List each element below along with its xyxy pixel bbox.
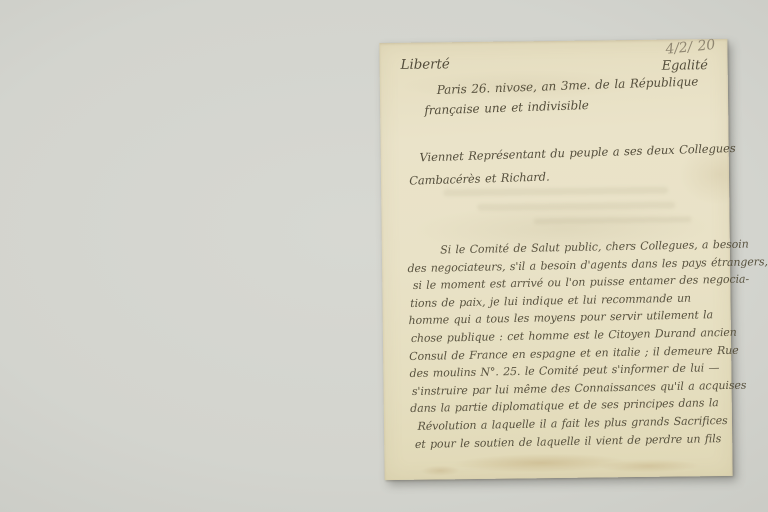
salutation: Viennet Représentant du peuple a ses deu… — [408, 137, 736, 193]
photograph-backdrop: 4/2/ 20 Liberté Egalité Paris 26. nivose… — [0, 0, 768, 512]
ink-show-through — [477, 202, 675, 211]
ink-show-through — [533, 216, 691, 224]
motto-liberte: Liberté — [401, 56, 450, 73]
letter-body: Si le Comité de Salut public, chers Coll… — [407, 235, 768, 453]
letter-page: 4/2/ 20 Liberté Egalité Paris 26. nivose… — [379, 39, 732, 480]
dateline: Paris 26. nivose, an 3me. de la Républiq… — [423, 71, 699, 120]
archival-number: 4/2/ 20 — [665, 37, 716, 58]
